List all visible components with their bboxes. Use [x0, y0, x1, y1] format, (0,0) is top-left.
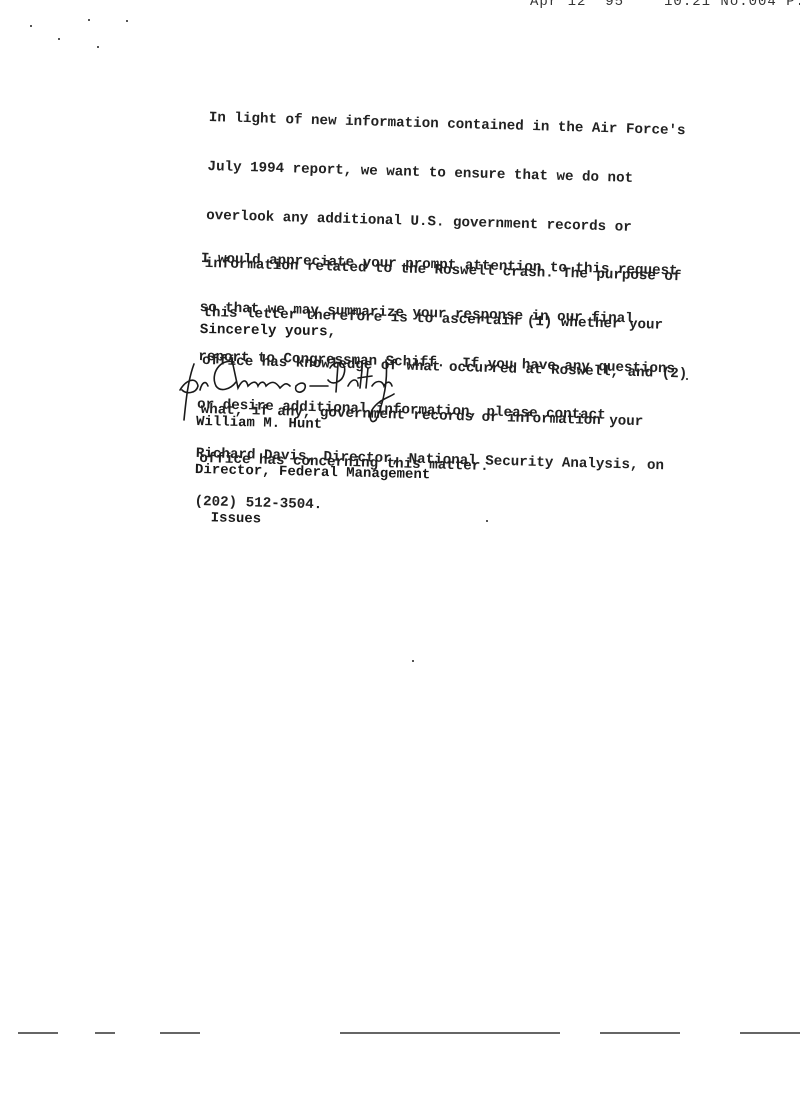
text-line: July 1994 report, we want to ensure that…	[207, 159, 693, 189]
signatory-block: William M. Hunt Director, Federal Manage…	[193, 382, 432, 547]
scan-artifact-line	[740, 1032, 800, 1034]
scan-speck	[686, 378, 688, 380]
signatory-title: Director, Federal Management	[195, 462, 431, 483]
scan-speck	[97, 46, 99, 48]
scan-speck	[412, 660, 414, 662]
letter-closing: Sincerely yours,	[200, 322, 336, 340]
scan-artifact-line	[340, 1032, 560, 1034]
scan-artifact-line	[160, 1032, 200, 1034]
signatory-name: William M. Hunt	[196, 414, 432, 435]
text-line: I would appreciate your prompt attention…	[201, 251, 678, 280]
scan-speck	[30, 25, 32, 27]
scan-artifact-line	[600, 1032, 680, 1034]
scan-artifact-line	[18, 1032, 58, 1034]
scan-speck	[88, 19, 90, 21]
scan-speck	[126, 20, 128, 22]
scan-artifact-line	[95, 1032, 115, 1034]
scan-speck	[58, 38, 60, 40]
text-line: In light of new information contained in…	[209, 110, 695, 140]
scan-speck	[486, 520, 488, 522]
fax-date: Apr 12 '95	[530, 0, 624, 10]
signatory-title-cont: Issues	[194, 510, 430, 531]
fax-time-page: 10:21 No.004 P.	[664, 0, 800, 10]
